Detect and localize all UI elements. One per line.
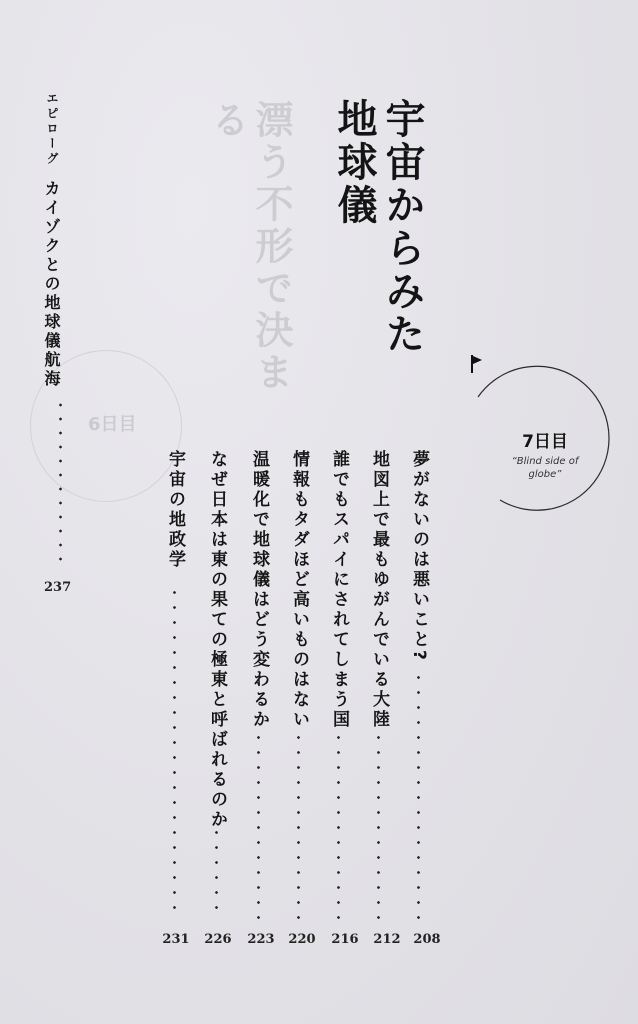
toc-entry-title[interactable]: なぜ日本は東の果ての極東と呼ばれるのか [205, 450, 229, 830]
toc-entry[interactable]: 夢がないのは悪いこと? [407, 450, 431, 920]
bleed-through-title: 漂う不形で決まる [205, 100, 293, 400]
toc-entry-title[interactable]: 夢がないのは悪いこと? [407, 450, 431, 663]
epilogue-label: エピローグ [44, 92, 61, 167]
chapter-title-line2: 地球儀 [330, 98, 378, 398]
dot-leader [377, 730, 380, 920]
chapter-title-line1: 宇宙からみた [378, 98, 426, 398]
dot-leader [257, 730, 260, 920]
toc-entry-title[interactable]: 情報もタダほど高いものはない [287, 450, 311, 730]
toc-page-number: 223 [244, 932, 278, 947]
toc-entry[interactable]: 情報もタダほど高いものはない [287, 450, 311, 920]
bleed-through-day: 6日目 [88, 410, 137, 436]
toc-entry[interactable]: 地図上で最もゆがんでいる大陸 [367, 450, 391, 920]
toc-entry[interactable]: 宇宙の地政学 [163, 450, 187, 920]
toc-entry[interactable]: 誰でもスパイにされてしまう国 [327, 450, 351, 920]
dot-leader [297, 730, 300, 920]
epilogue-page-number: 237 [44, 580, 71, 595]
epilogue-title[interactable]: カイゾクとの地球儀航海 [40, 180, 62, 389]
toc-entry-title[interactable]: 宇宙の地政学 [163, 450, 187, 570]
flag-icon [470, 355, 484, 373]
chapter-subtitle: “Blind side of globe” [496, 455, 594, 481]
chapter-badge: 7日目 “Blind side of globe” [470, 355, 620, 513]
dot-leader [173, 585, 176, 920]
toc-entry-title[interactable]: 地図上で最もゆがんでいる大陸 [367, 450, 391, 730]
toc-entry[interactable]: なぜ日本は東の果ての極東と呼ばれるのか [205, 450, 229, 920]
toc-entry-title[interactable]: 誰でもスパイにされてしまう国 [327, 450, 351, 730]
dot-leader [417, 670, 420, 920]
toc-entry[interactable]: 温暖化で地球儀はどう変わるか [247, 450, 271, 920]
dot-leader [215, 825, 218, 920]
toc-page-number: 212 [370, 932, 404, 947]
dot-leader [337, 730, 340, 920]
toc-page-number: 226 [201, 932, 235, 947]
dot-leader [59, 398, 62, 568]
toc-page-number: 216 [328, 932, 362, 947]
toc-entry-title[interactable]: 温暖化で地球儀はどう変わるか [247, 450, 271, 730]
toc-page-number: 231 [159, 932, 193, 947]
chapter-day: 7日目 [510, 427, 580, 452]
toc-page-number: 220 [285, 932, 319, 947]
toc-page-number: 208 [410, 932, 444, 947]
chapter-title: 宇宙からみた 地球儀 [330, 98, 426, 398]
